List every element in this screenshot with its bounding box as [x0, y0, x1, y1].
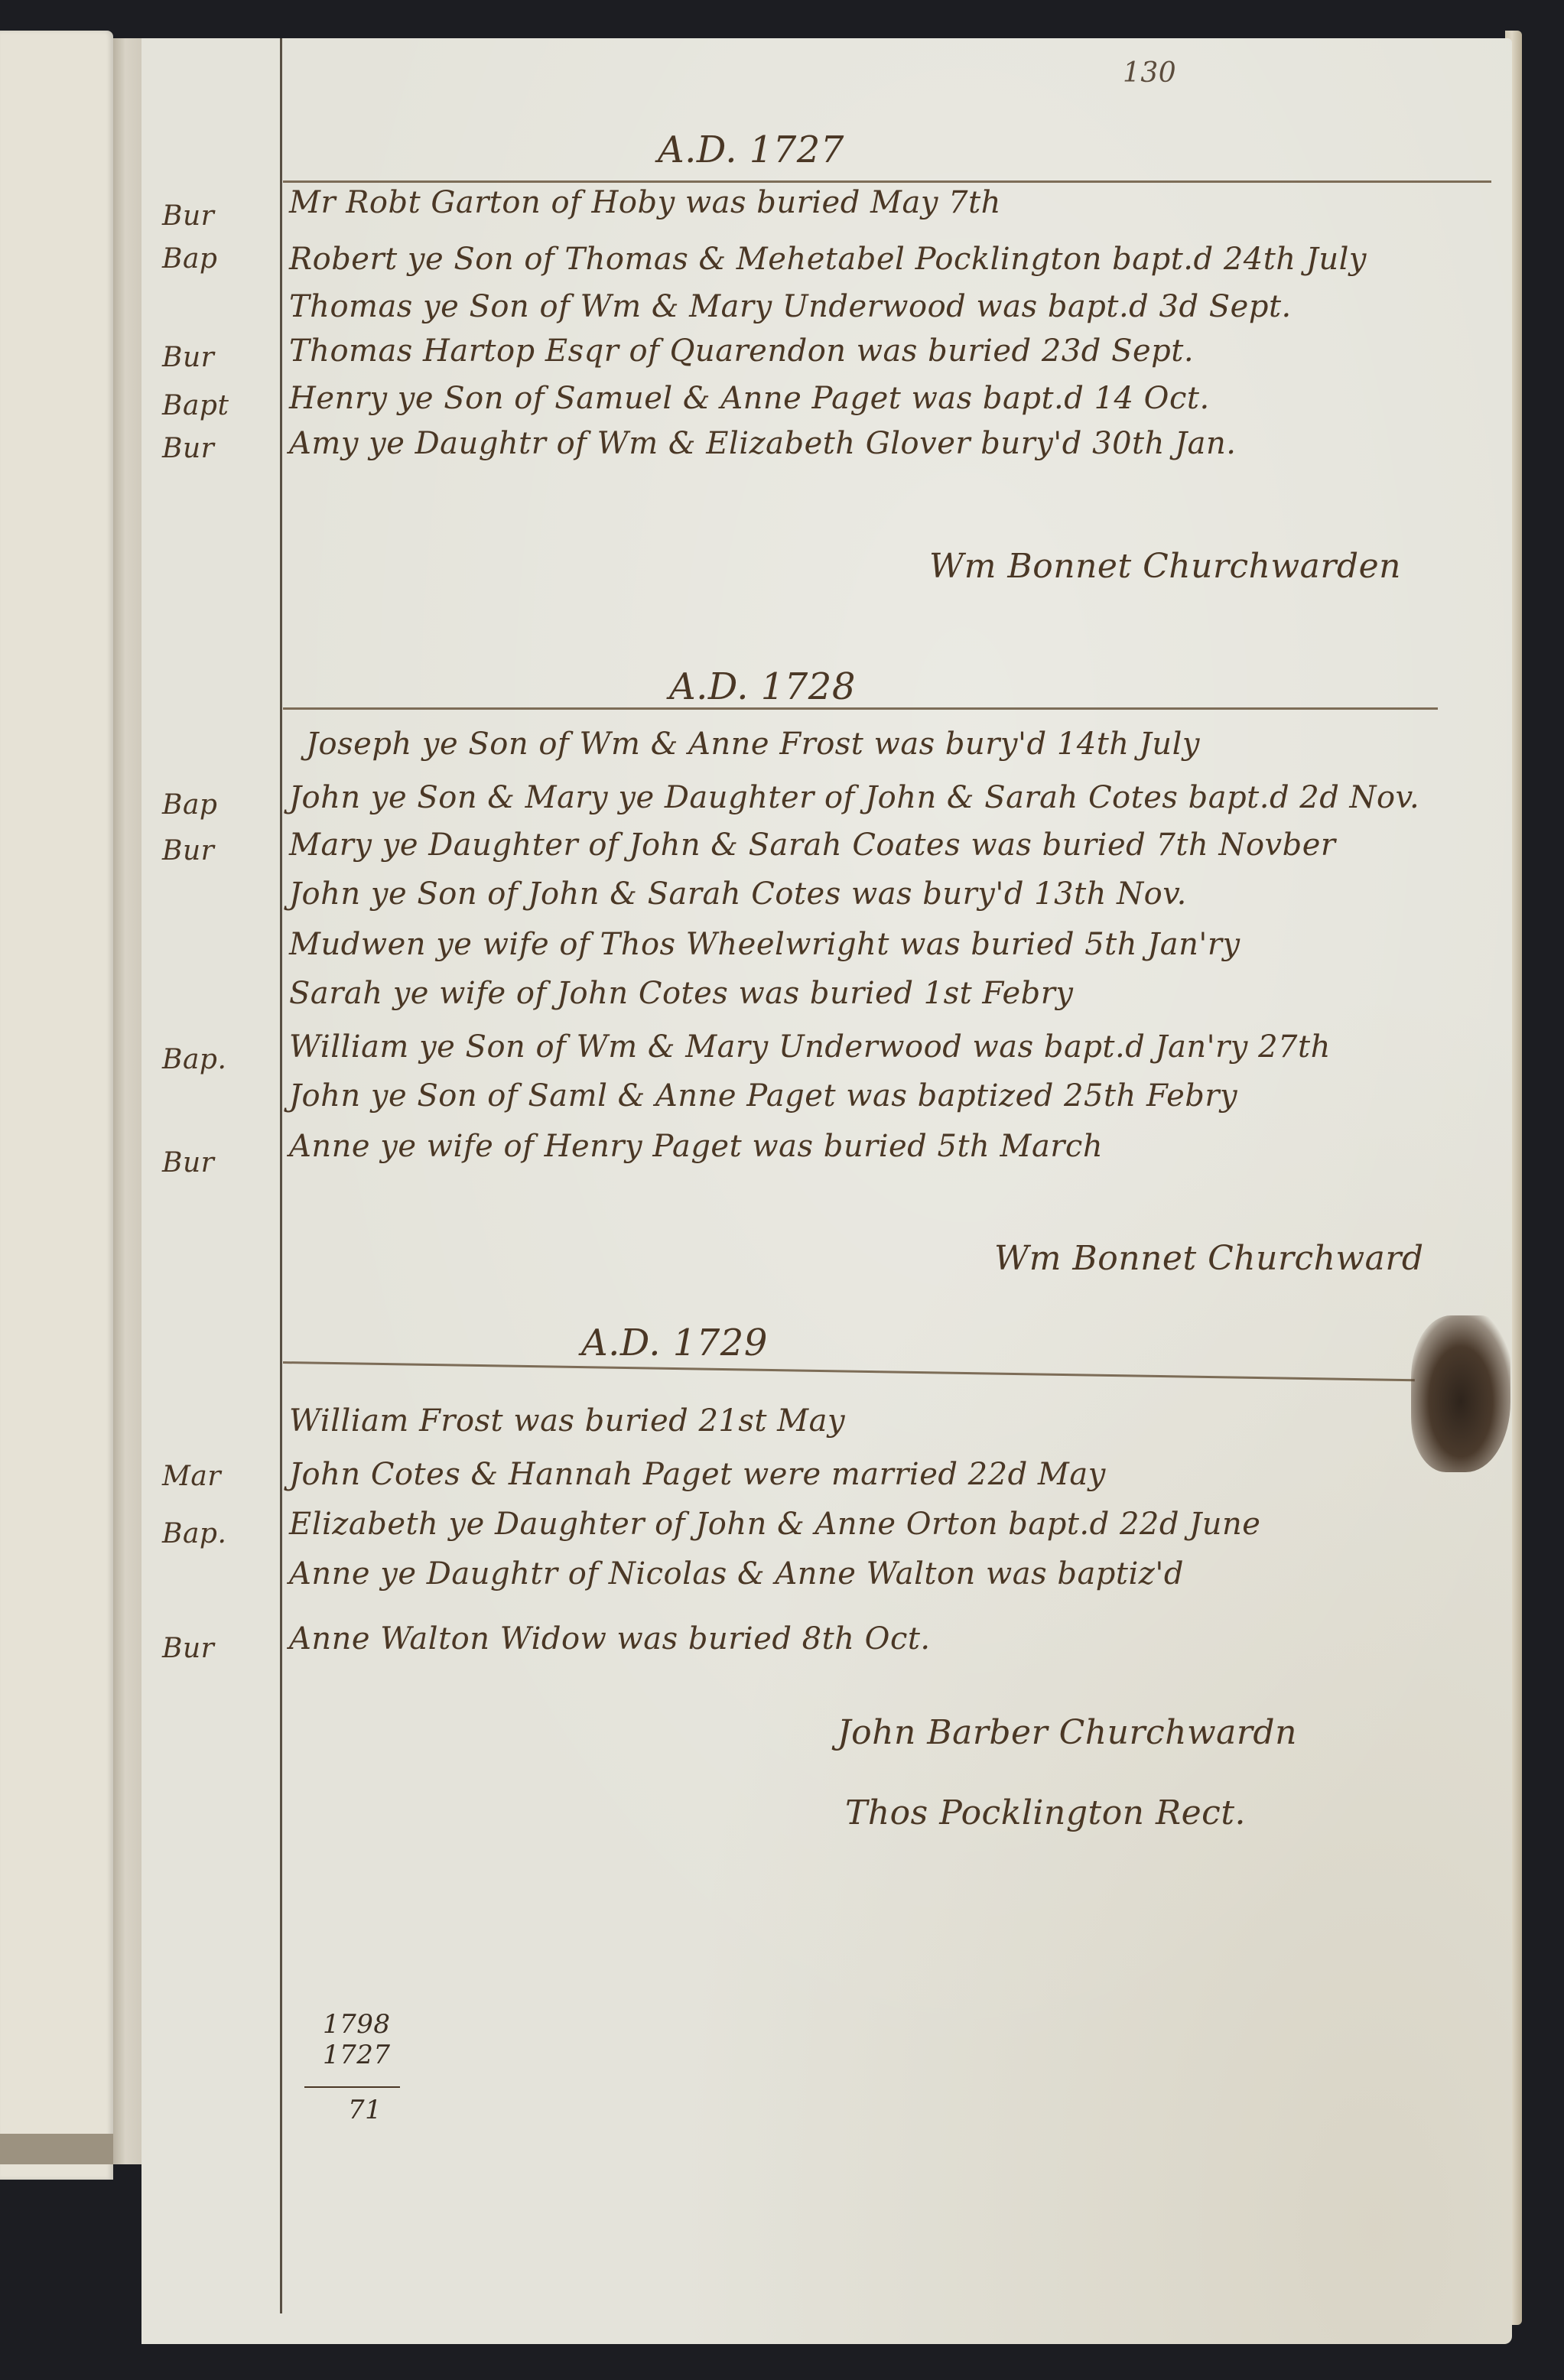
margin-note-rule — [304, 2086, 400, 2088]
churchwarden-signature-1727: Wm Bonnet Churchwarden — [929, 547, 1401, 586]
register-entry: Elizabeth ye Daughter of John & Anne Ort… — [289, 1507, 1260, 1542]
book-cover-left-page — [0, 31, 113, 2180]
register-entry: John ye Son of Saml & Anne Paget was bap… — [289, 1078, 1237, 1114]
register-entry: John Cotes & Hannah Paget were married 2… — [289, 1457, 1106, 1492]
register-entry: Thomas ye Son of Wm & Mary Underwood was… — [289, 289, 1292, 324]
register-entry: Sarah ye wife of John Cotes was buried 1… — [289, 976, 1073, 1011]
margin-note-line3: 71 — [348, 2096, 382, 2125]
entry-type-mark: Bap — [162, 243, 217, 275]
entry-type-mark: Bur — [162, 200, 214, 232]
entry-type-mark: Bur — [162, 342, 214, 373]
register-entry: Anne Walton Widow was buried 8th Oct. — [289, 1621, 931, 1657]
margin-rule-line — [280, 38, 282, 2313]
register-entry: Thomas Hartop Esqr of Quarendon was buri… — [289, 333, 1194, 369]
book-gutter — [113, 38, 144, 2164]
register-entry: John ye Son & Mary ye Daughter of John &… — [289, 780, 1419, 815]
page-number: 130 — [1123, 57, 1176, 89]
register-entry: Joseph ye Son of Wm & Anne Frost was bur… — [306, 727, 1200, 762]
register-entry: Henry ye Son of Samuel & Anne Paget was … — [289, 381, 1210, 416]
ink-stain — [1411, 1315, 1510, 1472]
entry-type-mark: Bap. — [162, 1044, 226, 1075]
register-entry: Mudwen ye wife of Thos Wheelwright was b… — [289, 927, 1240, 962]
churchwarden-signature-1728: Wm Bonnet Churchward — [994, 1239, 1424, 1278]
register-entry: William ye Son of Wm & Mary Underwood wa… — [289, 1029, 1331, 1065]
register-entry: John ye Son of John & Sarah Cotes was bu… — [289, 876, 1187, 912]
margin-note-line1: 1798 — [323, 2010, 391, 2039]
entry-type-mark: Bapt — [162, 390, 229, 421]
margin-note-line2: 1727 — [323, 2040, 391, 2069]
entry-type-mark: Bap — [162, 789, 217, 821]
register-entry: Robert ye Son of Thomas & Mehetabel Pock… — [289, 242, 1367, 277]
register-entry: Anne ye Daughtr of Nicolas & Anne Walton… — [289, 1556, 1184, 1592]
year-heading-1729: A.D. 1729 — [581, 1322, 768, 1364]
churchwarden-signature-1729: John Barber Churchwardn — [837, 1713, 1297, 1752]
entry-type-mark: Mar — [162, 1461, 221, 1492]
register-entry: William Frost was buried 21st May — [289, 1403, 845, 1439]
rector-signature-1729: Thos Pocklington Rect. — [845, 1793, 1246, 1832]
entry-type-mark: Bur — [162, 1147, 214, 1179]
section-rule-1727 — [283, 180, 1491, 183]
entry-type-mark: Bap. — [162, 1518, 226, 1549]
register-entry: Anne ye wife of Henry Paget was buried 5… — [289, 1129, 1103, 1164]
section-rule-1728 — [283, 707, 1438, 710]
entry-type-mark: Bur — [162, 433, 214, 464]
register-entry: Mr Robt Garton of Hoby was buried May 7t… — [289, 185, 1001, 220]
year-heading-1727: A.D. 1727 — [658, 128, 844, 171]
entry-type-mark: Bur — [162, 1633, 214, 1664]
year-heading-1728: A.D. 1728 — [669, 665, 856, 708]
register-entry: Mary ye Daughter of John & Sarah Coates … — [289, 827, 1336, 863]
entry-type-mark: Bur — [162, 835, 214, 866]
register-entry: Amy ye Daughtr of Wm & Elizabeth Glover … — [289, 426, 1236, 461]
